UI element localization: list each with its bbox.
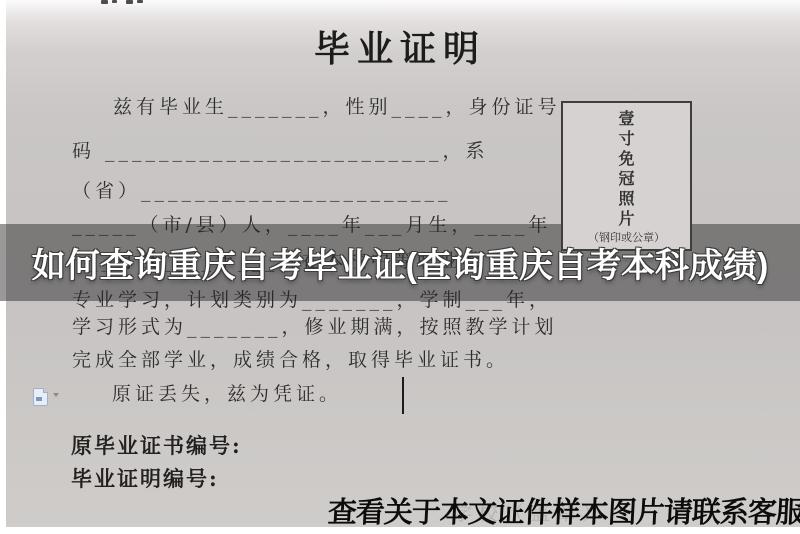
chevron-down-icon: [53, 393, 59, 397]
cert-proof-number-label: 毕业证明编号:: [71, 463, 219, 493]
form-line-complete: 完成全部学业，成绩合格，取得毕业证书。: [72, 345, 509, 372]
top-cutoff-text-mark: [101, 0, 108, 4]
text-cursor: [402, 377, 404, 414]
form-line-province: （省）_______________________: [72, 176, 452, 203]
form-line-lost: 原证丢失，兹为凭证。: [112, 379, 342, 406]
photo-box-char: 冠: [618, 170, 634, 187]
photo-box-char: 免: [618, 150, 634, 167]
screenshot-stage: 毕业证明 兹有毕业生_______，性别____，身份证号 码 ________…: [0, 0, 800, 534]
paste-options-button[interactable]: [31, 388, 61, 408]
paste-options-icon: [33, 388, 48, 406]
bottom-caption: 查看关于本文证件样本图片请联系客服: [327, 490, 800, 531]
form-line-student: 兹有毕业生_______，性别____，身份证号: [113, 92, 561, 119]
photo-box-vertical-label: 壹 寸 免 冠 照 片: [618, 110, 634, 227]
top-cutoff-text-mark: [112, 0, 117, 3]
banner-headline: 如何查询重庆自考毕业证(查询重庆自考本科成绩): [0, 224, 800, 301]
photo-box-char: 照: [618, 190, 634, 207]
form-line-idnumber: 码 _________________________，系: [72, 136, 489, 163]
photo-box-char: 寸: [618, 130, 634, 147]
top-cutoff-text-mark: [126, 0, 133, 4]
form-line-studyform: 学习形式为_______，修业期满，按照教学计划: [72, 312, 558, 339]
document-title: 毕业证明: [0, 21, 800, 72]
top-cutoff-text-mark: [137, 0, 143, 3]
photo-box-char: 壹: [618, 110, 634, 127]
orig-cert-number-label: 原毕业证书编号:: [71, 430, 242, 460]
